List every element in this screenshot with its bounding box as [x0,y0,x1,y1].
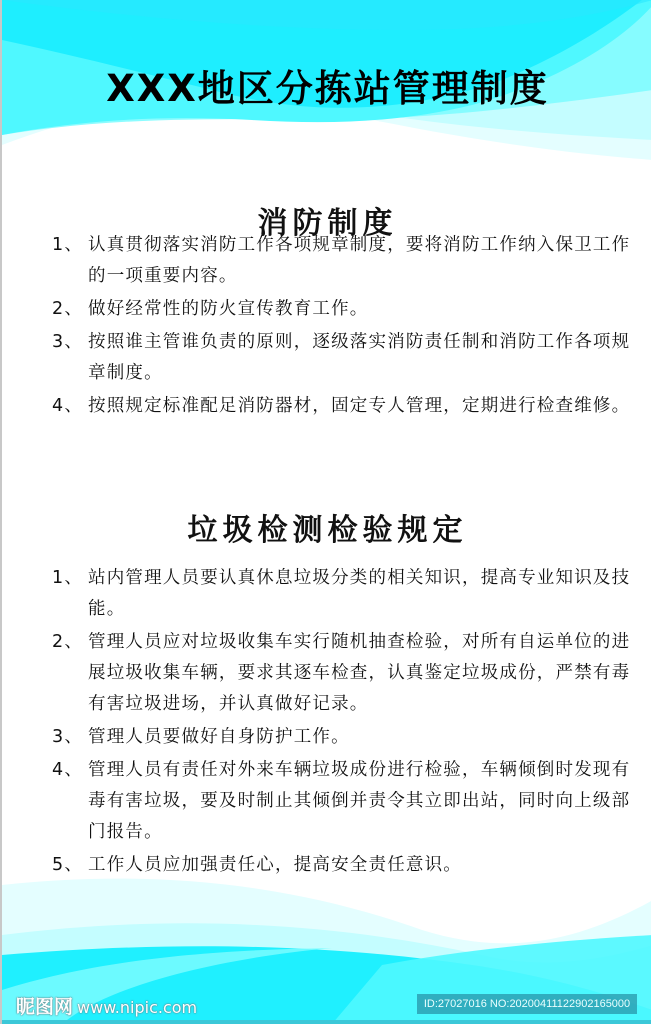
list-item: 4、管理人员有责任对外来车辆垃圾成份进行检验，车辆倾倒时发现有毒有害垃圾，要及时… [52,755,642,848]
watermark-site: www.nipic.com [77,998,197,1017]
item-text: 站内管理人员要认真休息垃圾分类的相关知识，提高专业知识及技能。 [88,568,630,619]
item-number: 3、 [52,722,83,753]
item-text: 按照规定标准配足消防器材，固定专人管理，定期进行检查维修。 [88,396,630,416]
list-item: 1、站内管理人员要认真休息垃圾分类的相关知识，提高专业知识及技能。 [52,563,642,625]
item-number: 2、 [52,627,83,658]
watermark-brand: 昵图网 [16,996,73,1018]
item-number: 4、 [52,391,83,422]
list-item: 3、按照谁主管谁负责的原则，逐级落实消防责任制和消防工作各项规章制度。 [52,327,642,389]
list-item: 2、做好经常性的防火宣传教育工作。 [52,294,642,325]
nipic-watermark-logo: 昵图网www.nipic.com [16,992,197,1019]
list-item: 1、认真贯彻落实消防工作各项规章制度，要将消防工作纳入保卫工作的一项重要内容。 [52,230,642,292]
item-number: 3、 [52,327,83,358]
item-number: 2、 [52,294,83,325]
page-title: XXX地区分拣站管理制度 [2,58,651,112]
item-text: 工作人员应加强责任心，提高安全责任意识。 [88,855,462,875]
list-item: 4、按照规定标准配足消防器材，固定专人管理，定期进行检查维修。 [52,391,642,422]
item-number: 1、 [52,563,83,594]
item-text: 管理人员有责任对外来车辆垃圾成份进行检验，车辆倾倒时发现有毒有害垃圾，要及时制止… [88,760,630,842]
item-text: 认真贯彻落实消防工作各项规章制度，要将消防工作纳入保卫工作的一项重要内容。 [88,235,630,286]
item-text: 按照谁主管谁负责的原则，逐级落实消防责任制和消防工作各项规章制度。 [88,332,630,383]
item-number: 4、 [52,755,83,786]
watermark-id-badge: ID:27027016 NO:20200411122902165000 [417,994,637,1014]
item-number: 5、 [52,850,83,881]
list-item: 5、工作人员应加强责任心，提高安全责任意识。 [52,850,642,881]
section-heading-garbage-inspection: 垃圾检测检验规定 [2,505,651,549]
item-text: 做好经常性的防火宣传教育工作。 [88,299,369,319]
garbage-rules-list: 1、站内管理人员要认真休息垃圾分类的相关知识，提高专业知识及技能。 2、管理人员… [52,563,642,883]
poster: XXX地区分拣站管理制度 消防制度 1、认真贯彻落实消防工作各项规章制度，要将消… [0,0,651,1024]
item-text: 管理人员要做好自身防护工作。 [88,727,350,747]
list-item: 2、管理人员应对垃圾收集车实行随机抽查检验，对所有自运单位的进展垃圾收集车辆，要… [52,627,642,720]
list-item: 3、管理人员要做好自身防护工作。 [52,722,642,753]
item-text: 管理人员应对垃圾收集车实行随机抽查检验，对所有自运单位的进展垃圾收集车辆，要求其… [88,632,630,714]
item-number: 1、 [52,230,83,261]
fire-rules-list: 1、认真贯彻落实消防工作各项规章制度，要将消防工作纳入保卫工作的一项重要内容。 … [52,230,642,424]
